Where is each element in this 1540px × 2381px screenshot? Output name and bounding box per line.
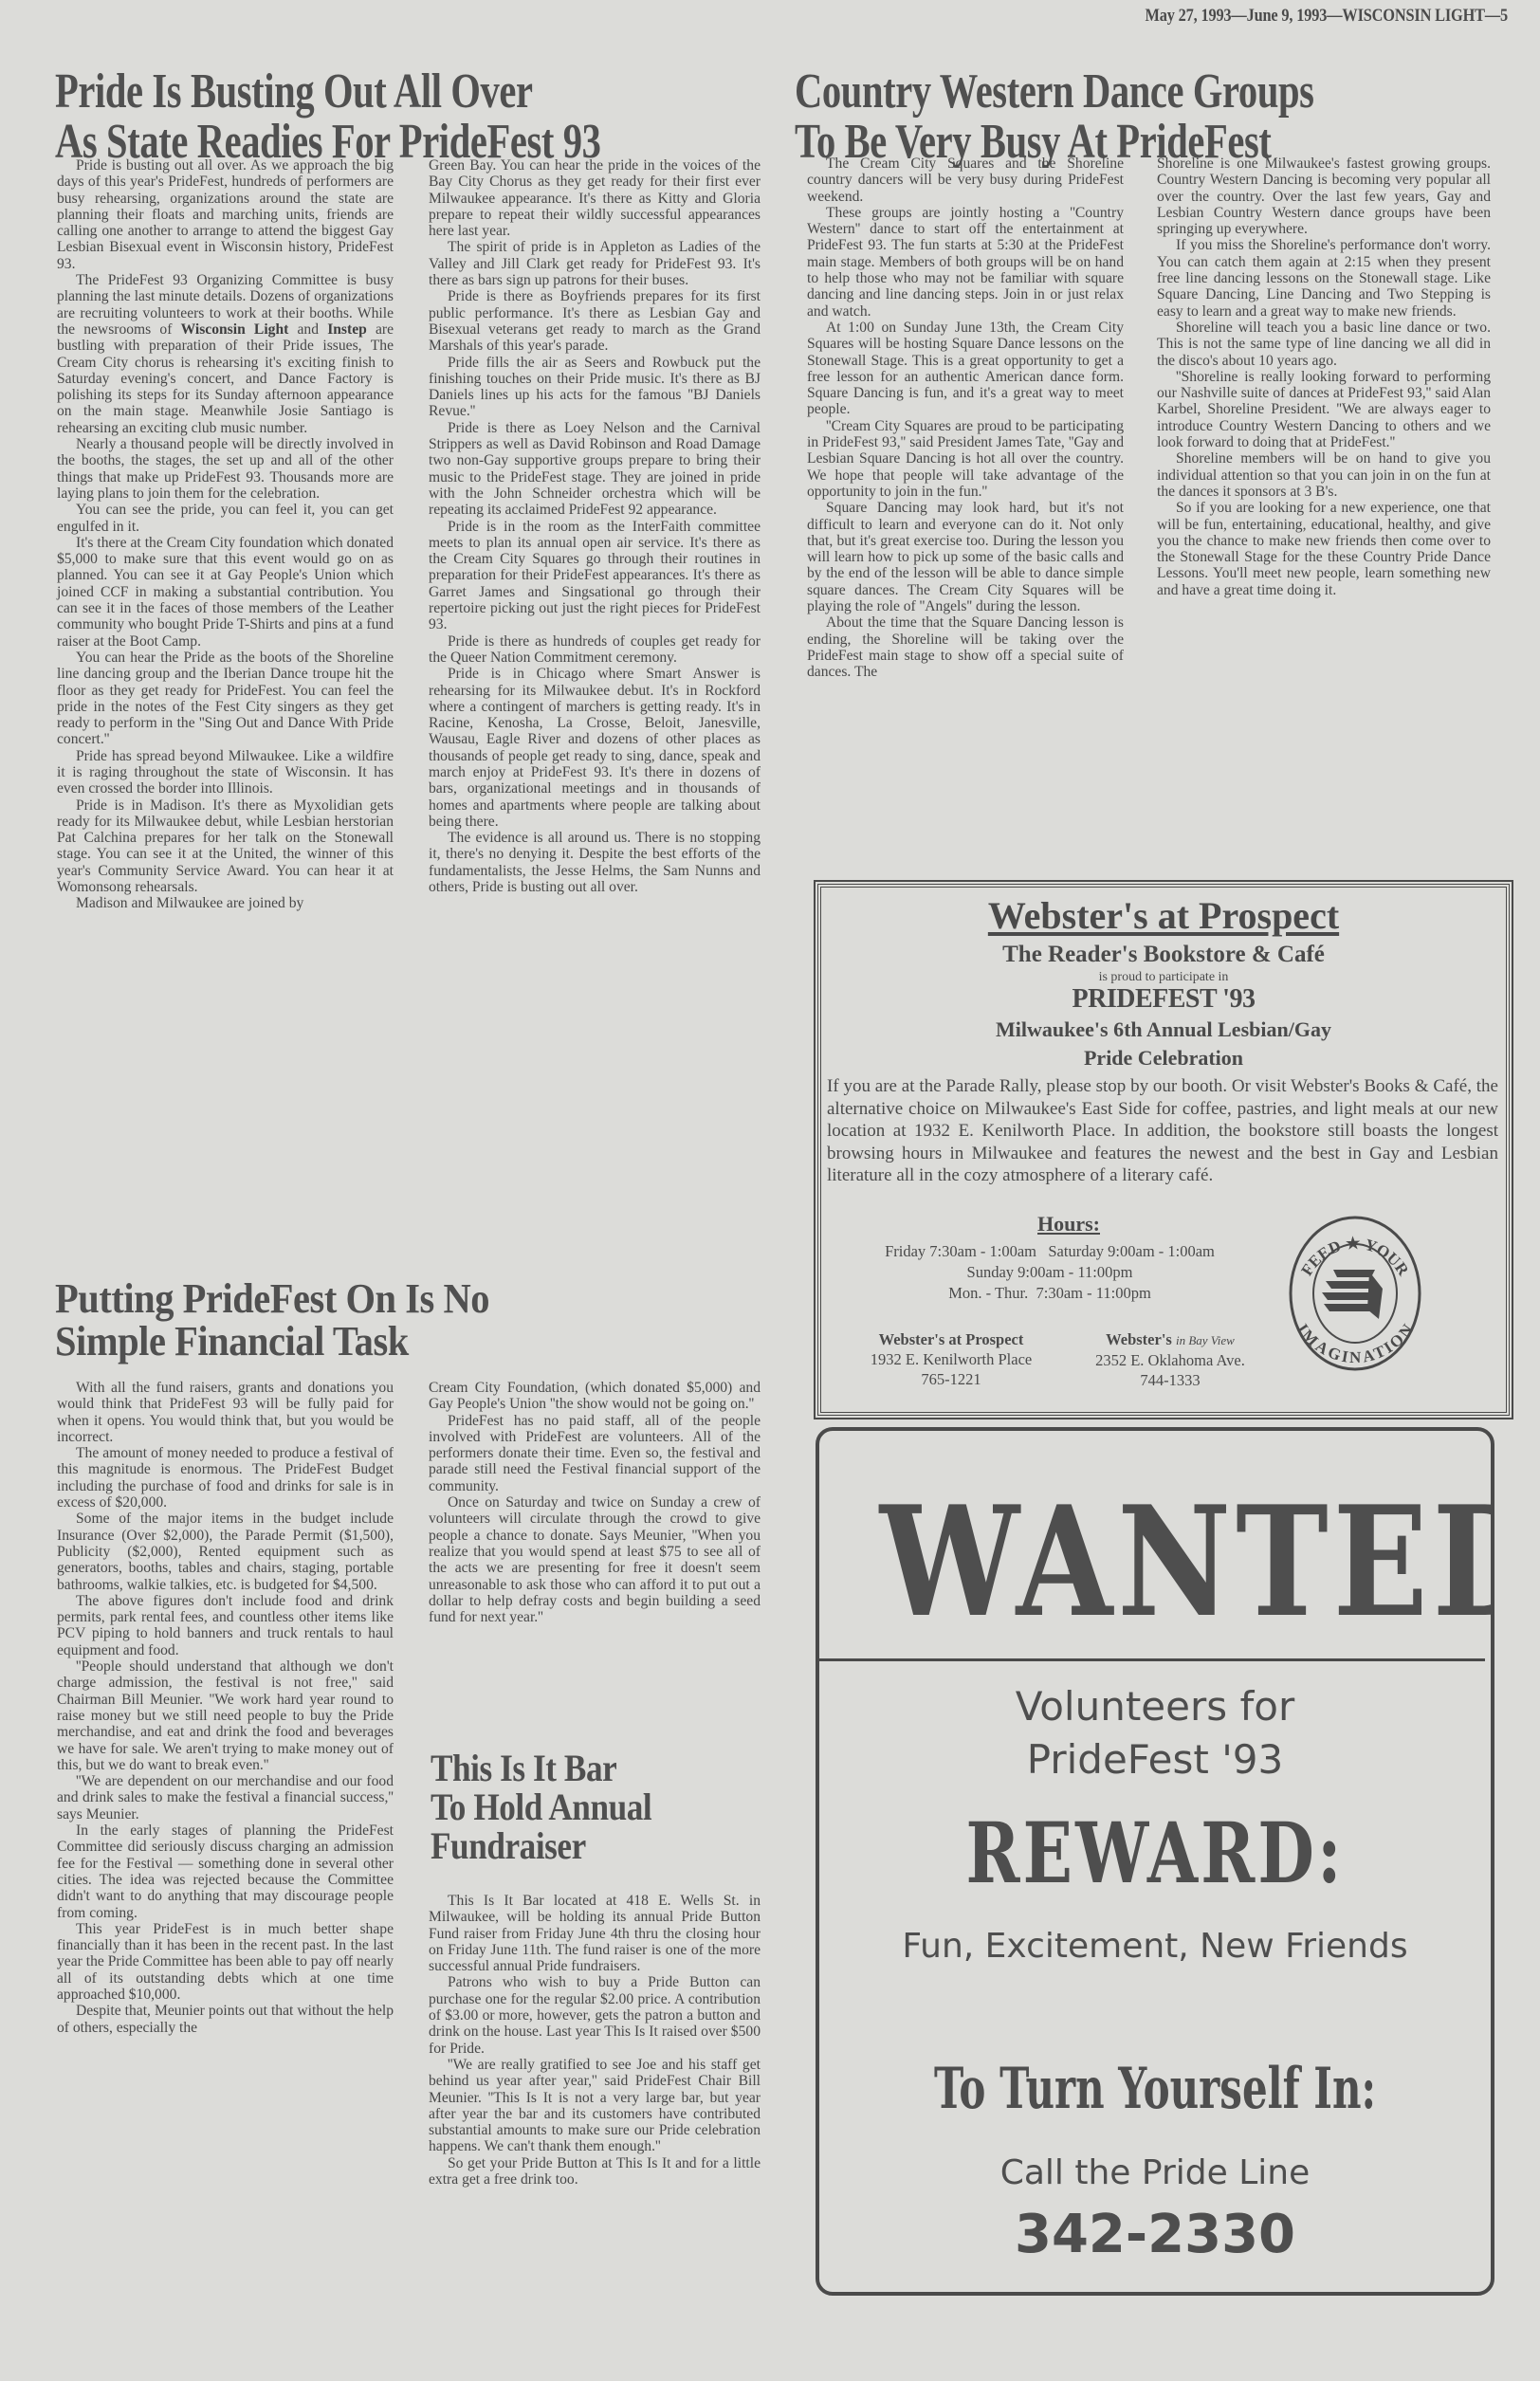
paragraph: The evidence is all around us. There is … bbox=[429, 830, 761, 895]
paragraph: Green Bay. You can hear the pride in the… bbox=[429, 157, 761, 239]
paragraph: The spirit of pride is in Appleton as La… bbox=[429, 239, 761, 288]
paragraph: Shoreline members will be on hand to giv… bbox=[1157, 450, 1491, 500]
open-book-icon bbox=[1322, 1270, 1383, 1319]
ad-event-desc-2: Pride Celebration bbox=[821, 1045, 1506, 1071]
headline-line: To Hold Annual bbox=[431, 1786, 651, 1828]
paragraph: Shoreline will teach you a basic line da… bbox=[1157, 320, 1491, 369]
paragraph: You can hear the Pride as the boots of t… bbox=[57, 650, 394, 748]
paragraph: Pride is there as Boyfriends prepares fo… bbox=[429, 288, 761, 354]
headline-this-is-it: This Is It Bar To Hold Annual Fundraiser bbox=[431, 1749, 651, 1865]
wanted-volunteers-advertisement: WANTED: Volunteers for PrideFest '93 REW… bbox=[816, 1427, 1494, 2296]
paragraph: Pride has spread beyond Milwaukee. Like … bbox=[57, 748, 394, 797]
location-suffix: in Bay View bbox=[1176, 1333, 1235, 1347]
hours-line: Sunday 9:00am - 11:00pm bbox=[827, 1262, 1273, 1283]
location-phone: 744-1333 bbox=[1066, 1370, 1274, 1390]
feed-your-imagination-seal-icon: FEED ★ YOUR IMAGINATION bbox=[1288, 1215, 1422, 1372]
ad-body: If you are at the Parade Rally, please s… bbox=[821, 1071, 1506, 1187]
paragraph: ''People should understand that although… bbox=[57, 1658, 394, 1773]
paragraph: These groups are jointly hosting a ''Cou… bbox=[807, 205, 1124, 320]
article-financial-task-col2: Cream City Foundation, (which donated $5… bbox=[429, 1380, 761, 1625]
paragraph: Shoreline is one Milwaukee's fastest gro… bbox=[1157, 156, 1491, 237]
paragraph: Pride is in Madison. It's there as Myxol… bbox=[57, 797, 394, 896]
call-text: Call the Pride Line bbox=[819, 2153, 1491, 2192]
location-name: Webster's bbox=[1106, 1330, 1172, 1348]
paragraph: It's there at the Cream City foundation … bbox=[57, 535, 394, 650]
paragraph: Patrons who wish to buy a Pride Button c… bbox=[429, 1974, 761, 2056]
paragraph: Once on Saturday and twice on Sunday a c… bbox=[429, 1494, 761, 1625]
article-country-western-col2: Shoreline is one Milwaukee's fastest gro… bbox=[1157, 156, 1491, 598]
paragraph: Pride is in Chicago where Smart Answer i… bbox=[429, 666, 761, 830]
paragraph: You can see the pride, you can feel it, … bbox=[57, 502, 394, 535]
paragraph: Despite that, Meunier points out that wi… bbox=[57, 2003, 394, 2036]
paragraph: Madison and Milwaukee are joined by bbox=[57, 895, 394, 911]
hours-line: Friday 7:30am - 1:00am Saturday 9:00am -… bbox=[827, 1241, 1273, 1262]
paragraph: Cream City Foundation, (which donated $5… bbox=[429, 1380, 761, 1413]
paragraph: Some of the major items in the budget in… bbox=[57, 1511, 394, 1592]
ad-subtitle: The Reader's Bookstore & Café bbox=[821, 942, 1506, 968]
ad-hours: Friday 7:30am - 1:00am Saturday 9:00am -… bbox=[827, 1241, 1273, 1304]
paragraph: The amount of money needed to produce a … bbox=[57, 1445, 394, 1511]
paragraph: The Cream City Squares and the Shoreline… bbox=[807, 156, 1124, 205]
article-country-western-col1: The Cream City Squares and the Shoreline… bbox=[807, 156, 1124, 681]
headline-line: Country Western Dance Groups bbox=[795, 64, 1314, 119]
paragraph: Pride is there as hundreds of couples ge… bbox=[429, 633, 761, 667]
paragraph: Pride is there as Loey Nelson and the Ca… bbox=[429, 420, 761, 519]
subtitle-line: Volunteers for bbox=[819, 1680, 1491, 1733]
subtitle-line: PrideFest '93 bbox=[819, 1733, 1491, 1786]
ad-event: PRIDEFEST '93 bbox=[821, 984, 1506, 1015]
headline-line: Putting PrideFest On Is No bbox=[55, 1275, 489, 1322]
ad-hours-title: Hours: bbox=[1037, 1212, 1100, 1236]
paragraph: This year PrideFest is in much better sh… bbox=[57, 1921, 394, 2003]
paragraph: So if you are looking for a new experien… bbox=[1157, 500, 1491, 598]
location-name: Webster's at Prospect bbox=[842, 1329, 1060, 1349]
paragraph: PrideFest has no paid staff, all of the … bbox=[429, 1413, 761, 1494]
article-pride-busting-col1: Pride is busting out all over. As we app… bbox=[57, 157, 394, 912]
paragraph: The above figures don't include food and… bbox=[57, 1593, 394, 1658]
ad-title: Webster's at Prospect bbox=[821, 893, 1506, 938]
ad-proud: is proud to participate in bbox=[821, 970, 1506, 985]
wanted-title: WANTED: bbox=[880, 1486, 1431, 1638]
paragraph: At 1:00 on Sunday June 13th, the Cream C… bbox=[807, 320, 1124, 418]
page-folio: May 27, 1993—June 9, 1993—WISCONSIN LIGH… bbox=[921, 6, 1508, 27]
volunteers-subtitle: Volunteers for PrideFest '93 bbox=[819, 1680, 1491, 1786]
ad-event-desc-1: Milwaukee's 6th Annual Lesbian/Gay bbox=[821, 1017, 1506, 1043]
paragraph: ''We are dependent on our merchandise an… bbox=[57, 1773, 394, 1822]
paragraph: Pride is in the room as the InterFaith c… bbox=[429, 519, 761, 633]
headline-line: Fundraiser bbox=[431, 1824, 586, 1867]
paragraph: Pride is busting out all over. As we app… bbox=[57, 157, 394, 272]
paragraph: ''Shoreline is really looking forward to… bbox=[1157, 369, 1491, 450]
turn-in-title: To Turn Yourself In: bbox=[920, 2060, 1390, 2117]
location-phone: 765-1221 bbox=[842, 1369, 1060, 1389]
location-bay-view: Webster's in Bay View 2352 E. Oklahoma A… bbox=[1066, 1329, 1274, 1390]
headline-line: Simple Financial Task bbox=[55, 1318, 409, 1364]
article-financial-task-col1: With all the fund raisers, grants and do… bbox=[57, 1380, 394, 2036]
article-this-is-it: This Is It Bar located at 418 E. Wells S… bbox=[429, 1893, 761, 2188]
reward-title: REWARD: bbox=[893, 1811, 1417, 1895]
location-address: 2352 E. Oklahoma Ave. bbox=[1066, 1350, 1274, 1370]
paragraph: Square Dancing may look hard, but it's n… bbox=[807, 500, 1124, 614]
paragraph: ''We are really gratified to see Joe and… bbox=[429, 2057, 761, 2155]
hours-line: Mon. - Thur. 7:30am - 11:00pm bbox=[827, 1283, 1273, 1304]
paragraph: This Is It Bar located at 418 E. Wells S… bbox=[429, 1893, 761, 1974]
headline-financial-task: Putting PrideFest On Is No Simple Financ… bbox=[55, 1278, 489, 1364]
location-address: 1932 E. Kenilworth Place bbox=[842, 1349, 1060, 1369]
article-pride-busting-col2: Green Bay. You can hear the pride in the… bbox=[429, 157, 761, 895]
paragraph: Nearly a thousand people will be directl… bbox=[57, 436, 394, 502]
paragraph: So get your Pride Button at This Is It a… bbox=[429, 2155, 761, 2189]
paragraph: If you miss the Shoreline's performance … bbox=[1157, 237, 1491, 319]
location-prospect: Webster's at Prospect 1932 E. Kenilworth… bbox=[842, 1329, 1060, 1389]
paragraph: With all the fund raisers, grants and do… bbox=[57, 1380, 394, 1445]
headline-pride-busting: Pride Is Busting Out All Over As State R… bbox=[55, 66, 601, 167]
pride-line-phone: 342-2330 bbox=[819, 2204, 1491, 2265]
paragraph: In the early stages of planning the Prid… bbox=[57, 1822, 394, 1921]
headline-line: Pride Is Busting Out All Over bbox=[55, 64, 533, 119]
paragraph: About the time that the Square Dancing l… bbox=[807, 614, 1124, 680]
headline-line: This Is It Bar bbox=[431, 1747, 616, 1789]
paragraph: The PrideFest 93 Organizing Committee is… bbox=[57, 272, 394, 436]
headline-country-western: Country Western Dance Groups To Be Very … bbox=[795, 66, 1314, 167]
websters-advertisement: Webster's at Prospect The Reader's Books… bbox=[817, 884, 1510, 1416]
paragraph: Pride fills the air as Seers and Rowbuck… bbox=[429, 355, 761, 420]
paragraph: ''Cream City Squares are proud to be par… bbox=[807, 418, 1124, 500]
reward-text: Fun, Excitement, New Friends bbox=[819, 1927, 1491, 1966]
divider bbox=[819, 1658, 1485, 1661]
